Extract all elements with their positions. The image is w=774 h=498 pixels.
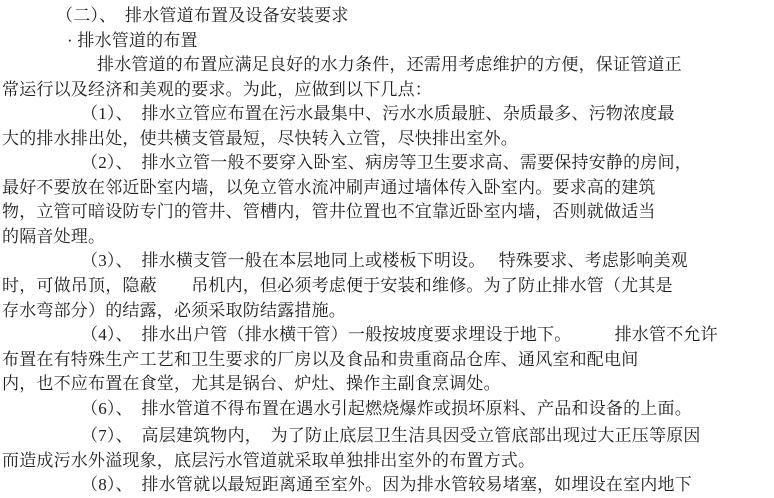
doc-line: （8）、 排水管就以最短距离通至室外。因为排水管较易堵塞，如埋设在室内地下 — [0, 473, 774, 498]
section-heading: （二）、 排水管道布置及设备安装要求 — [0, 4, 774, 29]
doc-line: 最好不要放在邻近卧室内墙，以免立管水流冲刷声通过墙体传入卧室内。要求高的建筑 — [0, 176, 774, 201]
bullet-item: · 排水管道的布置 — [0, 29, 774, 54]
doc-line: 而造成污水外溢现象，底层污水管道就采取单独排出室外的布置方式。 — [0, 449, 774, 474]
doc-line: 大的排水排出处，使共横支管最短，尽快转入立管，尽快排出室外。 — [0, 127, 774, 152]
doc-line: 时，可做吊顶，隐蔽 吊机内，但必须考虑便于安装和维修。为了防止排水管（尤其是 — [0, 274, 774, 299]
doc-line: （2）、 排水立管一般不要穿入卧室、病房等卫生要求高、需要保持安静的房间， — [0, 151, 774, 176]
doc-line: （3）、 排水横支管一般在本层地同上或楼板下明设。 特殊要求、考虑影响美观 — [0, 249, 774, 274]
doc-line: 存水弯部分）的结露，必须采取防结露措施。 — [0, 299, 774, 324]
document-page: （二）、 排水管道布置及设备安装要求 · 排水管道的布置 排水管道的布置应满足良… — [0, 0, 774, 498]
doc-line: （7）、 高层建筑物内， 为了防止底层卫生洁具因受立管底部出现过大正压等原因 — [0, 424, 774, 449]
doc-line: （1）、 排水立管应布置在污水最集中、污水水质最脏、杂质最多、污物浓度最 — [0, 102, 774, 127]
doc-line: 排水管道的布置应满足良好的水力条件，还需用考虑维护的方便，保证管道正 — [0, 53, 774, 78]
bullet-item-label: 排水管道的布置 — [73, 31, 198, 50]
doc-line: 布置在有特殊生产工艺和卫生要求的厂房以及食品和贵重商品仓库、通风室和配电间 — [0, 348, 774, 373]
doc-line: 的隔音处理。 — [0, 225, 774, 250]
doc-line: 常运行以及经济和美观的要求。为此，应做到以下几点： — [0, 78, 774, 103]
doc-line: 内，也不应布置在食堂，尤其是锅台、炉灶、操作主副食烹调处。 — [0, 372, 774, 397]
doc-line: （6）、 排水管道不得布置在遇水引起燃烧爆炸或损坏原料、产品和设备的上面。 — [0, 397, 774, 422]
doc-line: 物，立管可暗设防专门的管井、管槽内，管井位置也不宜靠近卧室内墙，否则就做适当 — [0, 200, 774, 225]
doc-line: （4）、 排水出户管（排水横干管）一般按坡度要求埋设于地下。 排水管不允许 — [0, 323, 774, 348]
